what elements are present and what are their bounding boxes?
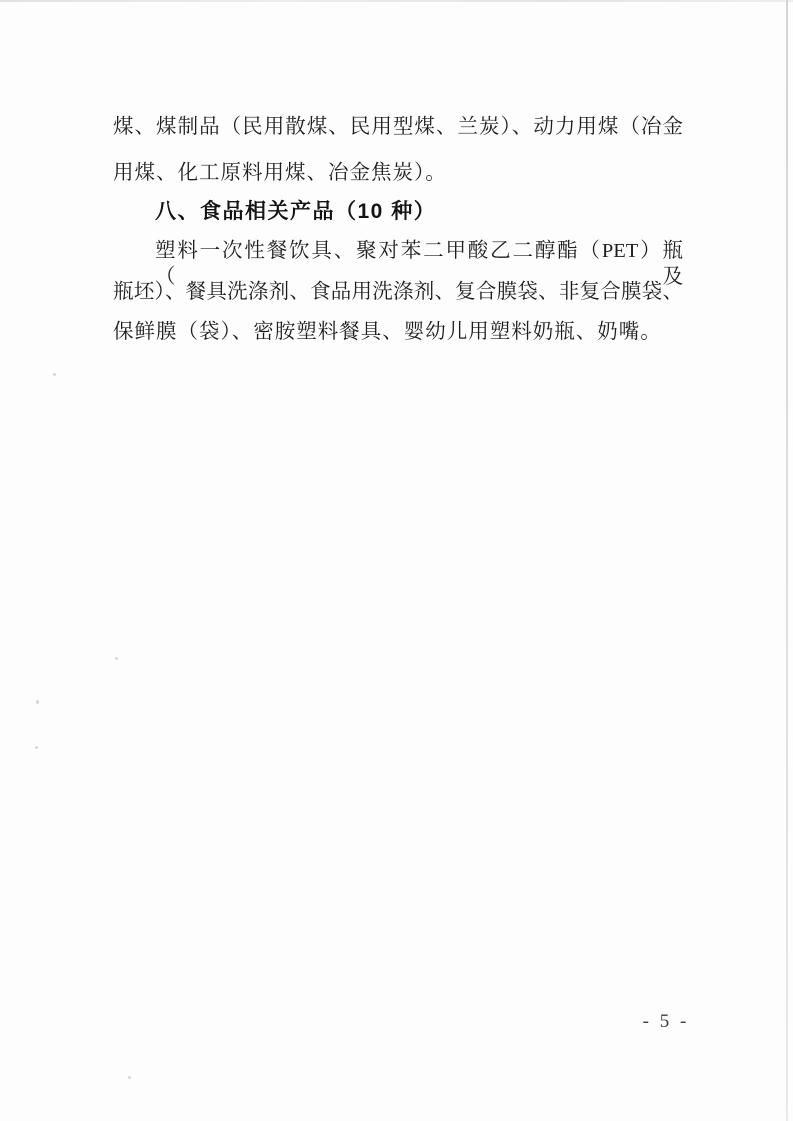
page-number: - 5 - — [634, 1011, 698, 1033]
scanned-document-page: 煤、煤制品（民用散煤、民用型煤、兰炭）、动力用煤（冶金 用煤、化工原料用煤、冶金… — [0, 0, 793, 1121]
scan-speck — [128, 1076, 131, 1079]
paragraph1-line1: 煤、煤制品（民用散煤、民用型煤、兰炭）、动力用煤（冶金 — [113, 114, 683, 140]
scan-speck — [115, 657, 118, 660]
paragraph2-line2: 瓶坯）、餐具洗涤剂、食品用洗涤剂、复合膜袋、非复合膜袋、 — [113, 279, 683, 305]
scan-speck — [36, 700, 39, 704]
scan-speck — [35, 746, 38, 749]
scan-right-edge-line — [786, 0, 788, 1121]
paragraph2-line3: 保鲜膜（袋）、密胺塑料餐具、婴幼儿用塑料奶瓶、奶嘴。 — [113, 319, 662, 345]
scan-top-edge-line — [0, 0, 793, 2]
scan-speck — [53, 373, 56, 376]
section-heading: 八、食品相关产品（10 种） — [155, 199, 436, 225]
paragraph1-line2: 用煤、化工原料用煤、冶金焦炭）。 — [113, 160, 447, 186]
